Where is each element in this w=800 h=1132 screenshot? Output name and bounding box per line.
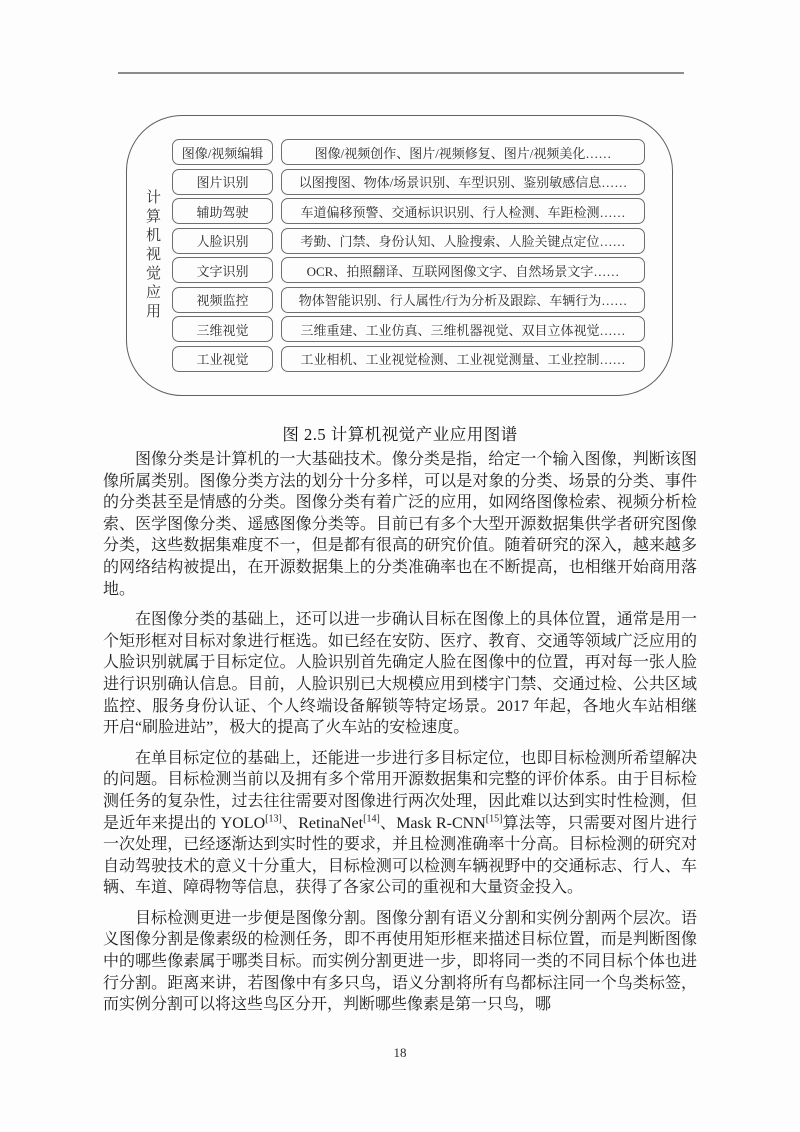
applications-box: 工业相机、工业视觉检测、工业视觉测量、工业控制…… [281, 346, 645, 372]
applications-box: OCR、拍照翻译、互联网图像文字、自然场景文字…… [281, 257, 645, 283]
applications-box: 以图搜图、物体/场景识别、车型识别、鉴别敏感信息…… [281, 169, 645, 195]
paragraph-3: 在单目标定位的基础上，还能进一步进行多目标定位，也即目标检测所希望解决的问题。目… [103, 748, 697, 899]
citation-14: [14] [363, 813, 380, 824]
figure-row: 工业视觉 工业相机、工业视觉检测、工业视觉测量、工业控制…… [172, 346, 645, 372]
category-box: 人脸识别 [172, 228, 273, 254]
citation-15: [15] [486, 813, 503, 824]
category-box: 辅助驾驶 [172, 198, 273, 224]
applications-box: 考勤、门禁、身份认知、人脸搜索、人脸关键点定位…… [281, 228, 645, 254]
figure-caption: 图 2.5 计算机视觉产业应用图谱 [0, 421, 800, 445]
paragraph-1: 图像分类是计算机的一大基础技术。像分类是指，给定一个输入图像，判断该图像所属类别… [103, 449, 697, 600]
applications-box: 车道偏移预警、交通标识识别、行人检测、车距检测…… [281, 198, 645, 224]
applications-box: 图像/视频创作、图片/视频修复、图片/视频美化…… [281, 139, 645, 165]
paragraph-3-text: 、RetinaNet [282, 815, 363, 832]
applications-box: 三维重建、工业仿真、三维机器视觉、双目立体视觉…… [281, 316, 645, 342]
category-box: 工业视觉 [172, 346, 273, 372]
citation-13: [13] [265, 813, 282, 824]
page-number: 18 [0, 1045, 800, 1061]
paragraph-3-text: 、Mask R-CNN [380, 815, 486, 832]
figure-row: 文字识别 OCR、拍照翻译、互联网图像文字、自然场景文字…… [172, 257, 645, 283]
diagram-side-label: 计算机视觉应用 [142, 189, 163, 322]
figure-row: 视频监控 物体智能识别、行人属性/行为分析及跟踪、车辆行为…… [172, 287, 645, 313]
figure-row: 图片识别 以图搜图、物体/场景识别、车型识别、鉴别敏感信息…… [172, 169, 645, 195]
paragraph-4: 目标检测更进一步便是图像分割。图像分割有语义分割和实例分割两个层次。语义图像分割… [103, 908, 697, 1016]
paragraph-2: 在图像分类的基础上，还可以进一步确认目标在图像上的具体位置，通常是用一个矩形框对… [103, 609, 697, 739]
category-box: 文字识别 [172, 257, 273, 283]
category-box: 视频监控 [172, 287, 273, 313]
figure-row: 辅助驾驶 车道偏移预警、交通标识识别、行人检测、车距检测…… [172, 198, 645, 224]
body-text: 图像分类是计算机的一大基础技术。像分类是指，给定一个输入图像，判断该图像所属类别… [103, 449, 697, 1025]
document-page: 计算机视觉应用 图像/视频编辑 图像/视频创作、图片/视频修复、图片/视频美化…… [0, 0, 800, 1132]
diagram-rows: 图像/视频编辑 图像/视频创作、图片/视频修复、图片/视频美化…… 图片识别 以… [163, 116, 672, 395]
figure-row: 人脸识别 考勤、门禁、身份认知、人脸搜索、人脸关键点定位…… [172, 228, 645, 254]
header-rule [118, 72, 684, 74]
category-box: 图像/视频编辑 [172, 139, 273, 165]
figure-diagram: 计算机视觉应用 图像/视频编辑 图像/视频创作、图片/视频修复、图片/视频美化…… [126, 115, 673, 396]
category-box: 图片识别 [172, 169, 273, 195]
figure-row: 图像/视频编辑 图像/视频创作、图片/视频修复、图片/视频美化…… [172, 139, 645, 165]
category-box: 三维视觉 [172, 316, 273, 342]
applications-box: 物体智能识别、行人属性/行为分析及跟踪、车辆行为…… [281, 287, 645, 313]
figure-row: 三维视觉 三维重建、工业仿真、三维机器视觉、双目立体视觉…… [172, 316, 645, 342]
